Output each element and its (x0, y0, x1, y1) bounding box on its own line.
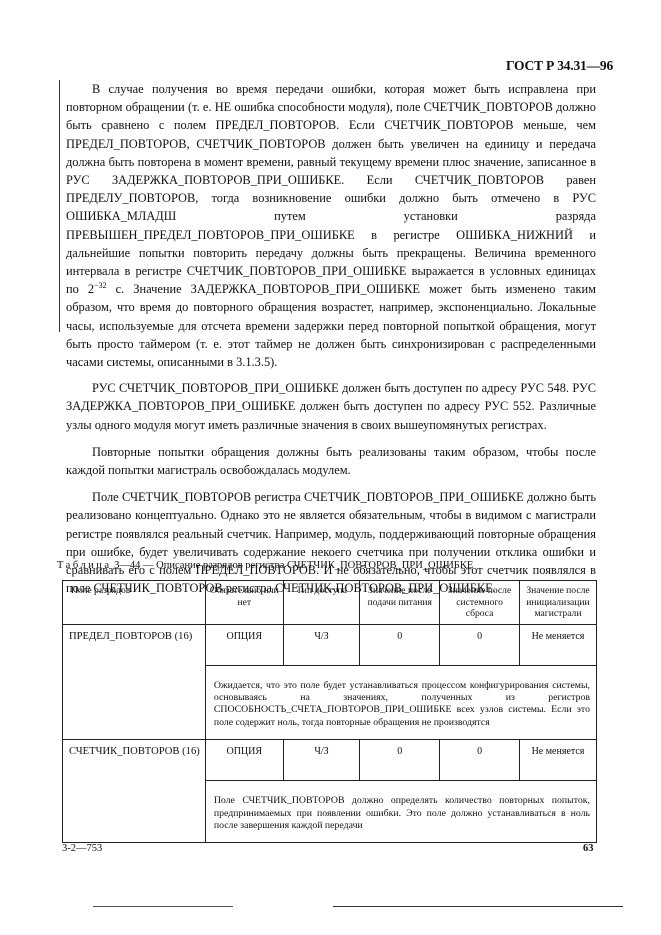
cell-field: ПРЕДЕЛ_ПОВТОРОВ (16) (63, 624, 206, 740)
cell-required: ОПЦИЯ (205, 740, 283, 781)
table-caption-label: Таблица (57, 560, 112, 571)
cell-required: ОПЦИЯ (205, 624, 283, 665)
header-access: Тип доступа (283, 581, 360, 625)
paragraph-text-continued: с. Значение ЗАДЕРЖКА_ПОВТОРОВ_ПРИ_ОШИБКЕ… (66, 282, 596, 369)
cell-bus-init: Не меняется (519, 624, 596, 665)
paragraph-retry-logic: В случае получения во время передачи оши… (66, 80, 596, 371)
document-standard-id: ГОСТ Р 34.31—96 (506, 58, 613, 74)
header-power-on: Значение после подачи питания (360, 581, 440, 625)
cell-access: Ч/З (283, 624, 360, 665)
cell-power-on: 0 (360, 740, 440, 781)
header-required: Обязательно или нет (205, 581, 283, 625)
paragraph-text: В случае получения во время передачи оши… (66, 82, 596, 296)
cell-power-on: 0 (360, 624, 440, 665)
paragraph-bus-release: Повторные попытки обращения должны быть … (66, 443, 596, 479)
cell-bus-init: Не меняется (519, 740, 596, 781)
table-row: СЧЕТЧИК_ПОВТОРОВ (16) ОПЦИЯ Ч/З 0 0 Не м… (63, 740, 597, 781)
cell-description: Ожидается, что это поле будет устанавлив… (205, 665, 596, 740)
print-code: 3-2—753 (62, 843, 102, 854)
exponent-value: −32 (94, 281, 107, 290)
scan-artifact-line (93, 906, 233, 907)
table-caption-text: — Описание разрядов регистра СЧЕТЧИК_ПОВ… (143, 560, 473, 571)
header-bus-init: Значение после инициализации магистрали (519, 581, 596, 625)
table-caption: Таблица 3—44 — Описание разрядов регистр… (57, 560, 473, 571)
margin-revision-bar (59, 80, 60, 332)
scan-artifact-line (333, 906, 623, 907)
cell-access: Ч/З (283, 740, 360, 781)
header-field: Поле разрядов (63, 581, 206, 625)
page-number: 63 (583, 843, 594, 854)
register-bits-table: Поле разрядов Обязательно или нет Тип до… (62, 580, 597, 843)
table-header-row: Поле разрядов Обязательно или нет Тип до… (63, 581, 597, 625)
cell-description: Поле СЧЕТЧИК_ПОВТОРОВ должно определять … (205, 781, 596, 843)
table-caption-number: 3—44 (114, 560, 140, 571)
cell-system-reset: 0 (440, 624, 520, 665)
cell-system-reset: 0 (440, 740, 520, 781)
table-row: ПРЕДЕЛ_ПОВТОРОВ (16) ОПЦИЯ Ч/З 0 0 Не ме… (63, 624, 597, 665)
paragraph-register-addresses: РУС СЧЕТЧИК_ПОВТОРОВ_ПРИ_ОШИБКЕ должен б… (66, 379, 596, 434)
body-text: В случае получения во время передачи оши… (66, 80, 596, 606)
header-system-reset: Значение после системного сброса (440, 581, 520, 625)
cell-field: СЧЕТЧИК_ПОВТОРОВ (16) (63, 740, 206, 843)
